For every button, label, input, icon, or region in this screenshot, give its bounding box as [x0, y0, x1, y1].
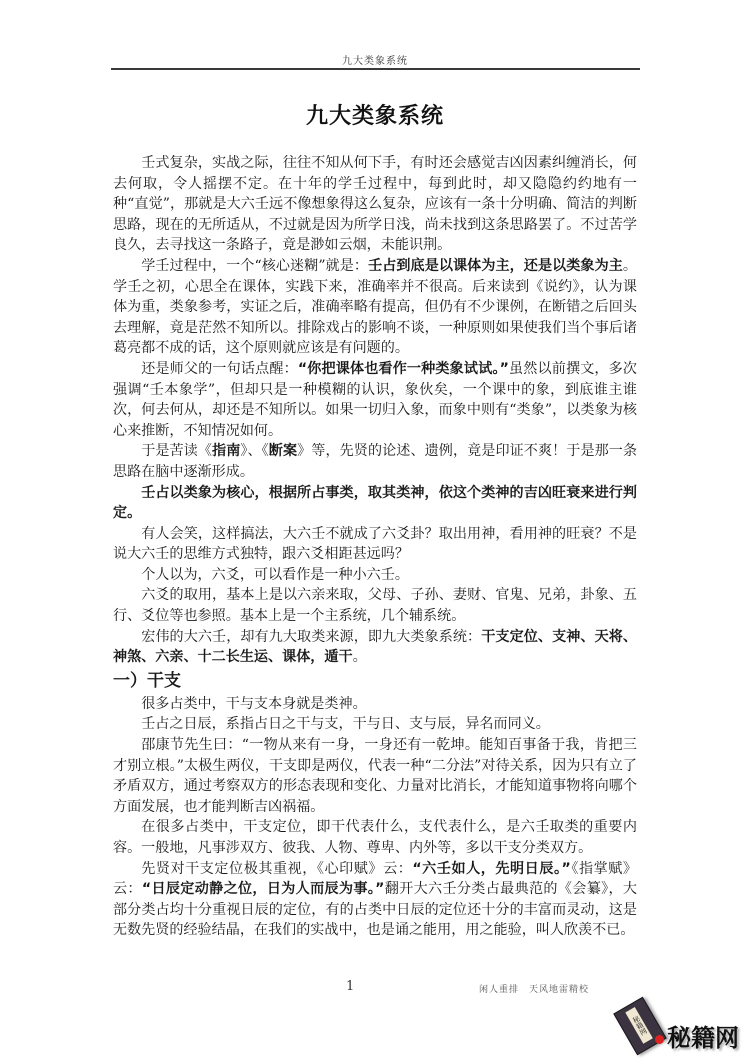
text-run: 先贤对干支定位极其重视，《心印赋》云： — [141, 861, 412, 877]
intro-paragraphs: 壬式复杂，实战之际，往往不知从何下手，有时还会感觉吉凶因素纠缠消长，何去何取，令… — [113, 153, 637, 668]
paragraph: 个人以为，六爻，可以看作是一种小六壬。 — [113, 565, 637, 586]
text-run: 壬式复杂，实战之际，往往不知从何下手，有时还会感觉吉凶因素纠缠消长，何去何取，令… — [113, 155, 637, 253]
emphasis-text: 断案 — [269, 443, 297, 459]
document-title: 九大类象系统 — [0, 99, 750, 130]
book-label: 秘籍网 — [625, 1007, 653, 1044]
paragraph: 有人会笑，这样搞法，大六壬不就成了六爻卦？取出用神，看用神的旺衰？不是说大六壬的… — [113, 524, 637, 565]
paragraph: 邵康节先生曰：“一物从来有一身，一身还有一乾坤。能知百事备于我，肯把三才别立根。… — [113, 735, 637, 817]
text-run: 有人会笑，这样搞法，大六壬不就成了六爻卦？取出用神，看用神的旺衰？不是说大六壬的… — [113, 526, 637, 563]
watermark-text: 秘籍网 — [667, 1018, 739, 1053]
header-rule — [111, 68, 640, 70]
text-run: 邵康节先生曰：“一物从来有一身，一身还有一乾坤。能知百事备于我，肯把三才别立根。… — [113, 737, 637, 815]
paragraph: 学壬过程中，一个“核心迷糊”就是：壬占到底是以课体为主，还是以类象为主。学壬之初… — [113, 256, 637, 359]
paragraph: 先贤对干支定位极其重视，《心印赋》云：“六壬如人，先明日辰。”《指掌赋》云：“日… — [113, 859, 637, 941]
text-run: 。 — [353, 649, 367, 665]
section-heading: 一）干支 — [113, 668, 637, 694]
document-body: 壬式复杂，实战之际，往往不知从何下手，有时还会感觉吉凶因素纠缠消长，何去何取，令… — [113, 153, 637, 941]
emphasis-text: 指南 — [212, 443, 240, 459]
paragraph: 还是师父的一句话点醒：“你把课体也看作一种类象试试。”虽然以前撰文，多次强调“壬… — [113, 359, 637, 441]
seal-icon — [655, 1035, 664, 1044]
text-run: 壬占之日辰，系指占日之干与支，干与日、支与辰，异名而同义。 — [141, 716, 550, 732]
paragraph: 很多占类中，干与支本身就是类神。 — [113, 694, 637, 715]
text-run: 于是苦读《 — [141, 443, 212, 459]
book-icon: 秘籍网 — [613, 997, 666, 1056]
paragraph: 壬占之日辰，系指占日之干与支，干与日、支与辰，异名而同义。 — [113, 714, 637, 735]
text-run: 很多占类中，干与支本身就是类神。 — [141, 696, 367, 712]
paragraph: 宏伟的大六壬，却有九大取类来源，即九大类象系统：干支定位、支神、天将、神煞、六亲… — [113, 627, 637, 668]
section-paragraphs: 很多占类中，干与支本身就是类神。壬占之日辰，系指占日之干与支，干与日、支与辰，异… — [113, 694, 637, 941]
paragraph: 于是苦读《指南》、《断案》等，先贤的论述、遗例，竟是印证不爽！于是那一条思路在脑… — [113, 441, 637, 482]
text-run: 在很多占类中，干支定位，即干代表什么，支代表什么，是六壬取类的重要内容。一般地，… — [113, 819, 637, 856]
text-run: 宏伟的大六壬，却有九大取类来源，即九大类象系统： — [141, 629, 481, 645]
watermark-logo: 秘籍网 秘籍网 — [615, 1000, 750, 1055]
text-run: 个人以为，六爻，可以看作是一种小六壬。 — [141, 567, 409, 583]
paragraph: 壬式复杂，实战之际，往往不知从何下手，有时还会感觉吉凶因素纠缠消长，何去何取，令… — [113, 153, 637, 256]
text-run: 还是师父的一句话点醒： — [141, 361, 298, 377]
page-number: 1 — [346, 979, 354, 994]
emphasis-text: “你把课体也看作一种类象试试。” — [298, 361, 509, 377]
text-run: 学壬过程中，一个“核心迷糊”就是： — [141, 258, 368, 274]
paragraph: 壬占以类象为核心，根据所占事类，取其类神，依这个类神的吉凶旺衰来进行判定。 — [113, 483, 637, 524]
footer-credit: 闲人重排 天风地雷精校 — [479, 982, 589, 995]
running-header: 九大类象系统 — [0, 52, 750, 67]
text-run: 》、《 — [240, 443, 268, 459]
paragraph: 六爻的取用，基本上是以六亲来取，父母、子孙、妻财、官鬼、兄弟，卦象、五行、爻位等… — [113, 585, 637, 626]
paragraph: 在很多占类中，干支定位，即干代表什么，支代表什么，是六壬取类的重要内容。一般地，… — [113, 817, 637, 858]
emphasis-text: “日辰定动静之位，日为人而辰为事。” — [142, 881, 385, 897]
emphasis-text: 壬占以类象为核心，根据所占事类，取其类神，依这个类神的吉凶旺衰来进行判定。 — [113, 485, 637, 522]
emphasis-text: “六壬如人，先明日辰。” — [412, 861, 570, 877]
text-run: 六爻的取用，基本上是以六亲来取，父母、子孙、妻财、官鬼、兄弟，卦象、五行、爻位等… — [113, 587, 637, 624]
emphasis-text: 壬占到底是以课体为主，还是以类象为主 — [368, 258, 623, 274]
